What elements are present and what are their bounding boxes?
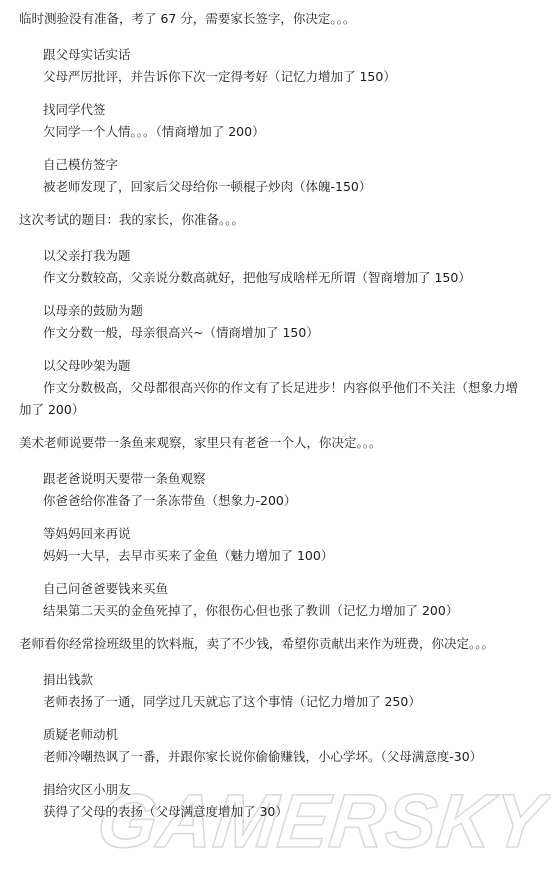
- option-choice: 以父亲打我为题: [19, 245, 527, 267]
- option-outcome: 被老师发现了，回家后父母给你一顿棍子炒肉（体魄-150）: [19, 176, 527, 198]
- option-item: 自己问爸爸要钱来买鱼 结果第二天买的金鱼死掉了，你很伤心但也张了教训（记忆力增加…: [19, 578, 527, 622]
- option-item: 以母亲的鼓励为题 作文分数一般，母亲很高兴~（情商增加了 150）: [19, 300, 527, 344]
- event-block-2: 这次考试的题目：我的家长，你准备。。。 以父亲打我为题 作文分数较高，父亲说分数…: [19, 209, 527, 421]
- option-item: 跟老爸说明天要带一条鱼观察 你爸爸给你准备了一条冻带鱼（想象力-200）: [19, 468, 527, 512]
- option-item: 以父亲打我为题 作文分数较高，父亲说分数高就好，把他写成啥样无所谓（智商增加了 …: [19, 245, 527, 289]
- option-outcome: 父母严厉批评，并告诉你下次一定得考好（记忆力增加了 150）: [19, 66, 527, 88]
- event-prompt: 老师看你经常捡班级里的饮料瓶，卖了不少钱，希望你贡献出来作为班费，你决定。。。: [19, 633, 527, 655]
- option-outcome: 妈妈一大早，去早市买来了金鱼（魅力增加了 100）: [19, 545, 527, 567]
- event-prompt: 美术老师说要带一条鱼来观察，家里只有老爸一个人，你决定。。。: [19, 432, 527, 454]
- option-outcome: 老师冷嘲热讽了一番，并跟你家长说你偷偷赚钱，小心学坏。（父母满意度-30）: [19, 746, 527, 768]
- option-outcome: 你爸爸给你准备了一条冻带鱼（想象力-200）: [19, 490, 527, 512]
- option-choice: 以父母吵架为题: [19, 355, 527, 377]
- option-outcome: 作文分数一般，母亲很高兴~（情商增加了 150）: [19, 322, 527, 344]
- option-choice: 捐出钱款: [19, 669, 527, 691]
- option-outcome: 获得了父母的表扬（父母满意度增加了 30）: [19, 801, 527, 823]
- option-choice: 自己模仿签字: [19, 154, 527, 176]
- option-outcome: 老师表扬了一通，同学过几天就忘了这个事情（记忆力增加了 250）: [19, 691, 527, 713]
- option-choice: 跟老爸说明天要带一条鱼观察: [19, 468, 527, 490]
- option-choice: 捐给灾区小朋友: [19, 779, 527, 801]
- option-item: 捐给灾区小朋友 获得了父母的表扬（父母满意度增加了 30）: [19, 779, 527, 823]
- option-item: 自己模仿签字 被老师发现了，回家后父母给你一顿棍子炒肉（体魄-150）: [19, 154, 527, 198]
- option-choice: 跟父母实话实话: [19, 44, 527, 66]
- option-item: 捐出钱款 老师表扬了一通，同学过几天就忘了这个事情（记忆力增加了 250）: [19, 669, 527, 713]
- option-outcome: 作文分数较高，父亲说分数高就好，把他写成啥样无所谓（智商增加了 150）: [19, 267, 527, 289]
- event-block-3: 美术老师说要带一条鱼来观察，家里只有老爸一个人，你决定。。。 跟老爸说明天要带一…: [19, 432, 527, 622]
- option-choice: 以母亲的鼓励为题: [19, 300, 527, 322]
- option-item: 找同学代签 欠同学一个人情。。。（情商增加了 200）: [19, 99, 527, 143]
- option-item: 以父母吵架为题 作文分数极高，父母都很高兴你的作文有了长足进步！内容似乎他们不关…: [19, 355, 527, 421]
- option-item: 等妈妈回来再说 妈妈一大早，去早市买来了金鱼（魅力增加了 100）: [19, 523, 527, 567]
- option-choice: 找同学代签: [19, 99, 527, 121]
- option-choice: 等妈妈回来再说: [19, 523, 527, 545]
- event-block-4: 老师看你经常捡班级里的饮料瓶，卖了不少钱，希望你贡献出来作为班费，你决定。。。 …: [19, 633, 527, 823]
- option-outcome: 欠同学一个人情。。。（情商增加了 200）: [19, 121, 527, 143]
- article-content: 临时测验没有准备，考了 67 分，需要家长签字，你决定。。。 跟父母实话实话 父…: [0, 0, 551, 823]
- option-outcome: 结果第二天买的金鱼死掉了，你很伤心但也张了教训（记忆力增加了 200）: [19, 600, 527, 622]
- event-block-1: 临时测验没有准备，考了 67 分，需要家长签字，你决定。。。 跟父母实话实话 父…: [19, 8, 527, 198]
- option-item: 质疑老师动机 老师冷嘲热讽了一番，并跟你家长说你偷偷赚钱，小心学坏。（父母满意度…: [19, 724, 527, 768]
- article-page: GAMERSKY 临时测验没有准备，考了 67 分，需要家长签字，你决定。。。 …: [0, 0, 551, 879]
- event-prompt: 这次考试的题目：我的家长，你准备。。。: [19, 209, 527, 231]
- option-outcome: 作文分数极高，父母都很高兴你的作文有了长足进步！内容似乎他们不关注（想象力增加了…: [19, 377, 527, 421]
- option-choice: 质疑老师动机: [19, 724, 527, 746]
- option-choice: 自己问爸爸要钱来买鱼: [19, 578, 527, 600]
- event-prompt: 临时测验没有准备，考了 67 分，需要家长签字，你决定。。。: [19, 8, 527, 30]
- option-item: 跟父母实话实话 父母严厉批评，并告诉你下次一定得考好（记忆力增加了 150）: [19, 44, 527, 88]
